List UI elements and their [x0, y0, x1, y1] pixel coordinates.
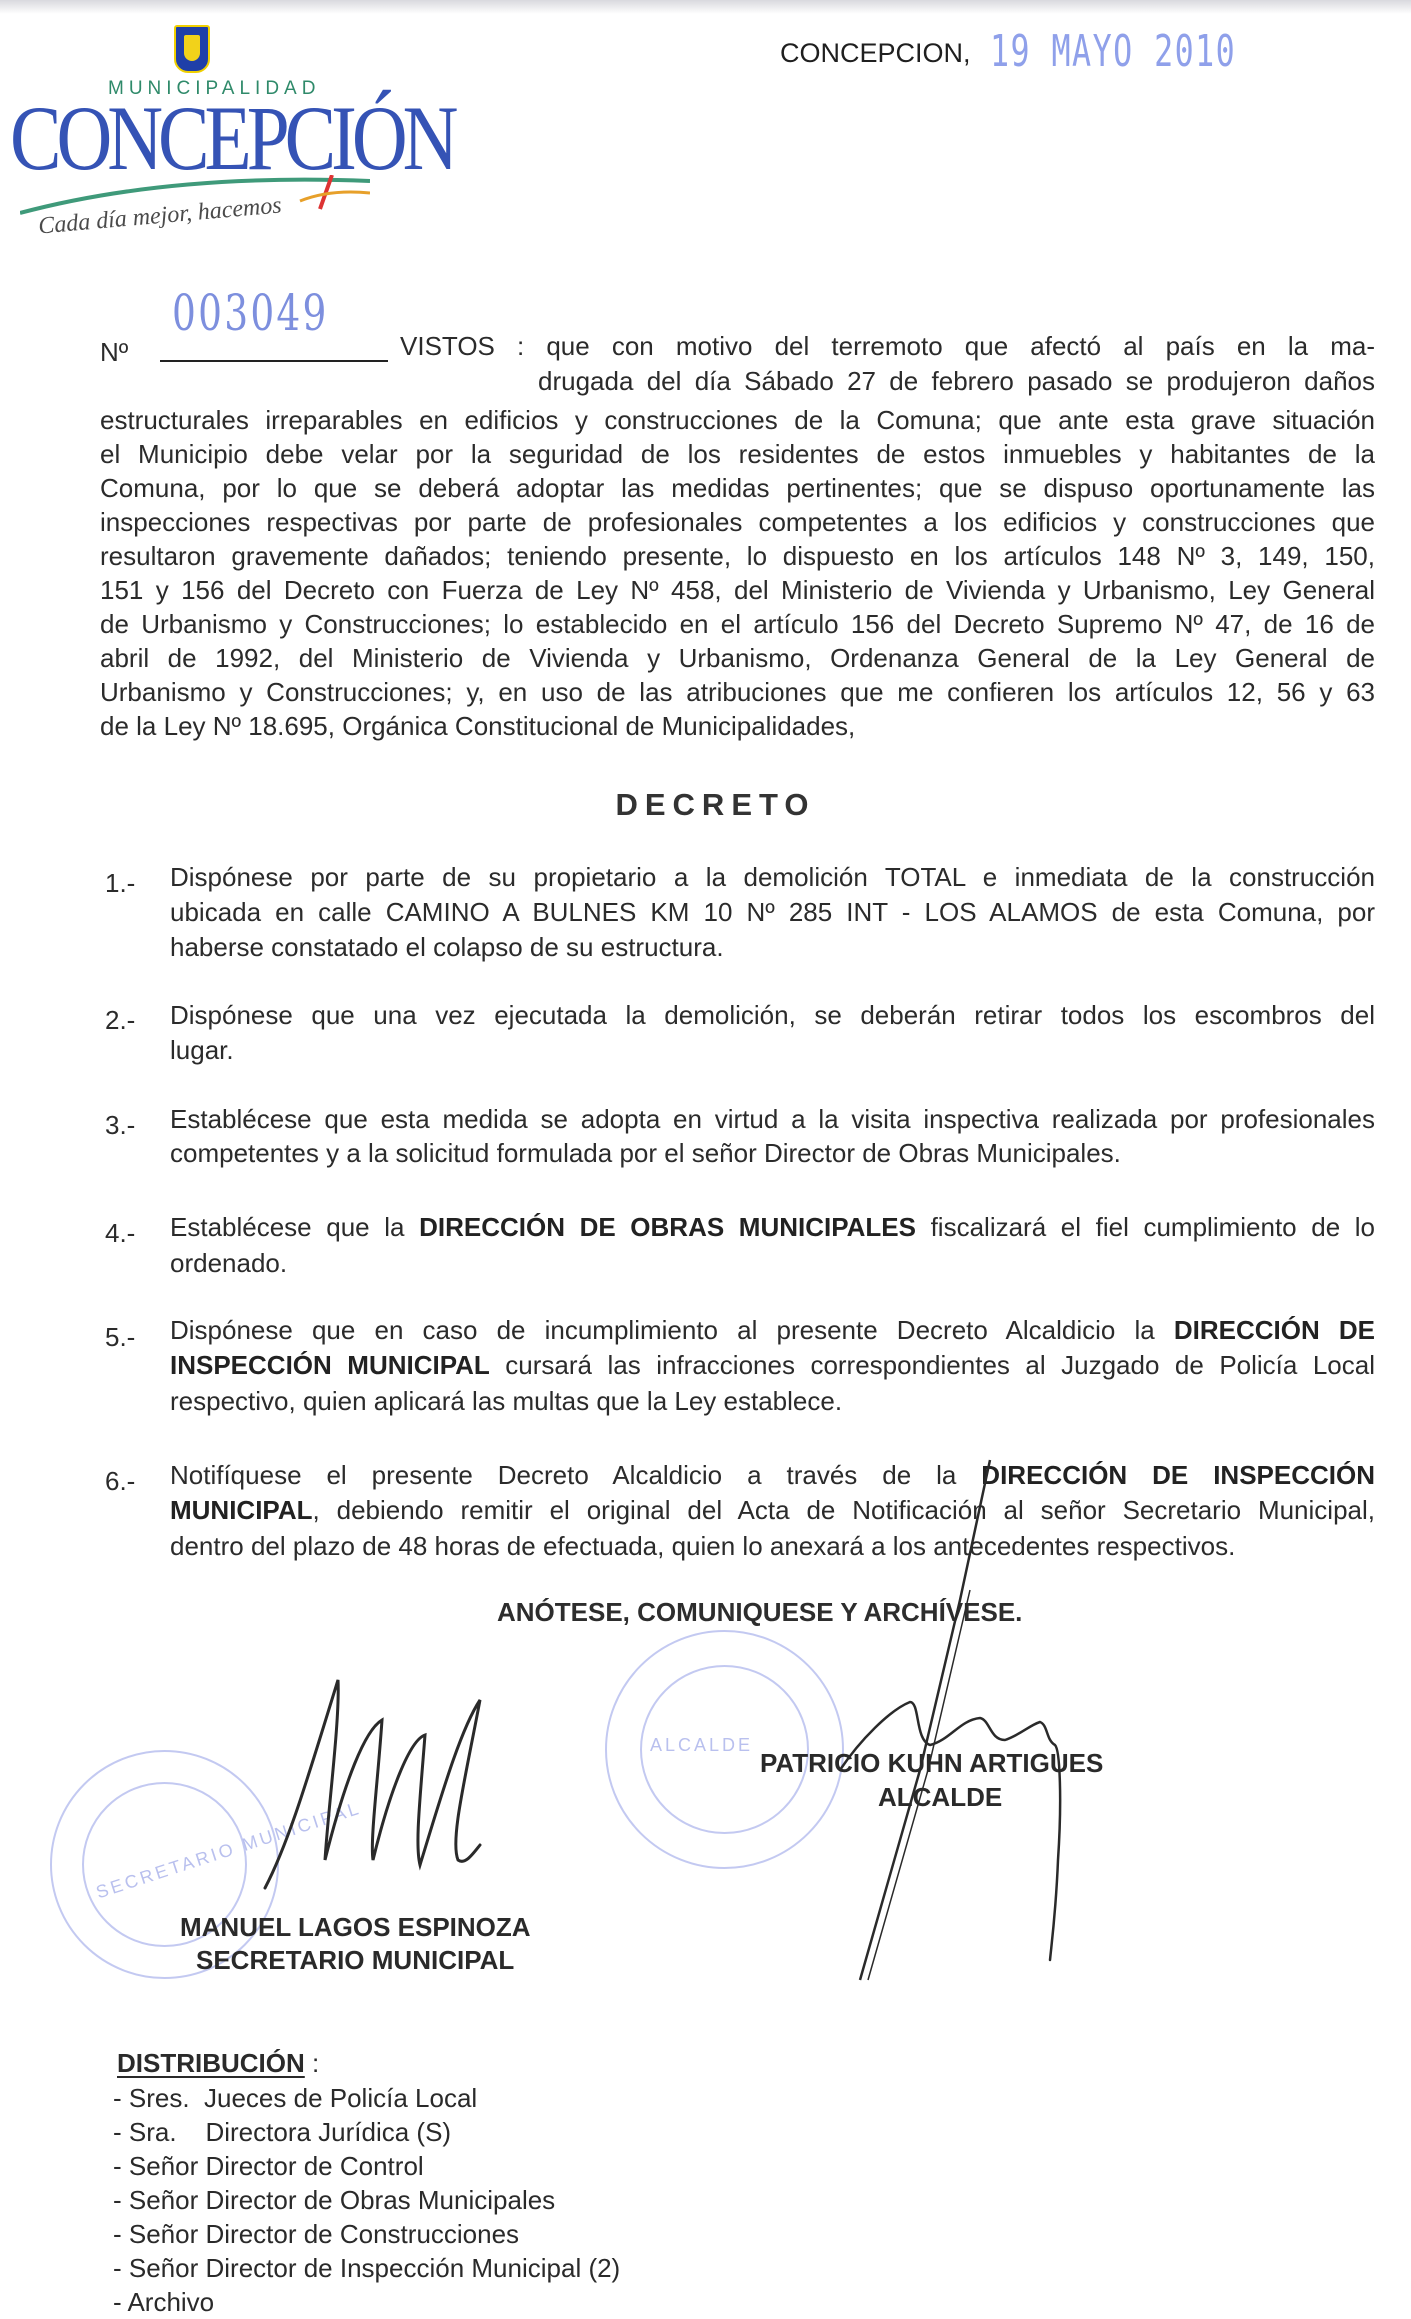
item-line: Dispónese que en caso de incumplimiento …	[170, 1315, 1375, 1346]
distribution-item: - Sra. Directora Jurídica (S)	[113, 2117, 451, 2148]
vistos-line: resultaron gravemente dañados; teniendo …	[100, 541, 1375, 572]
secretary-signature-icon	[250, 1660, 590, 1900]
decree-number-stamp: 003049	[172, 284, 329, 342]
secretary-name: MANUEL LAGOS ESPINOZA	[180, 1912, 531, 1943]
decree-title: DECRETO	[0, 787, 1411, 823]
item-number: 1.-	[105, 868, 135, 899]
vistos-line: Urbanismo y Construcciones; y, en uso de…	[100, 677, 1375, 708]
item-bold-text: MUNICIPAL	[170, 1495, 313, 1525]
item-number: 3.-	[105, 1110, 135, 1141]
item-line: ordenado.	[170, 1248, 287, 1279]
distribution-title: DISTRIBUCIÓN :	[117, 2048, 319, 2079]
item-line: haberse constatado el colapso de su estr…	[170, 932, 724, 963]
item-line: Establécese que la DIRECCIÓN DE OBRAS MU…	[170, 1212, 1375, 1243]
vistos-line: el Municipio debe velar por la seguridad…	[100, 439, 1375, 470]
item-text: Dispónese que en caso de incumplimiento …	[170, 1315, 1174, 1345]
item-line: Establécese que esta medida se adopta en…	[170, 1104, 1375, 1135]
place-label: CONCEPCION,	[780, 38, 971, 69]
item-line: Dispónese por parte de su propietario a …	[170, 862, 1375, 893]
item-number: 2.-	[105, 1005, 135, 1036]
number-label: Nº	[100, 337, 128, 368]
vistos-line: estructurales irreparables en edificios …	[100, 405, 1375, 436]
distribution-item: - Señor Director de Control	[113, 2151, 424, 2182]
distribution-item: - Señor Director de Construcciones	[113, 2219, 519, 2250]
vistos-line: drugada del día Sábado 27 de febrero pas…	[538, 366, 1375, 397]
item-bold-text: DIRECCIÓN DE	[1174, 1315, 1375, 1345]
scan-edge-shadow	[0, 0, 1411, 14]
item-line: lugar.	[170, 1035, 234, 1066]
item-line: INSPECCIÓN MUNICIPAL cursará las infracc…	[170, 1350, 1375, 1381]
distribution-heading: DISTRIBUCIÓN	[117, 2048, 305, 2078]
vistos-line: abril de 1992, del Ministerio de Viviend…	[100, 643, 1375, 674]
item-line: ubicada en calle CAMINO A BULNES KM 10 N…	[170, 897, 1375, 928]
item-bold-text: INSPECCIÓN MUNICIPAL	[170, 1350, 490, 1380]
vistos-line: de la Ley Nº 18.695, Orgánica Constituci…	[100, 711, 855, 742]
vistos-line: Comuna, por lo que se deberá adoptar las…	[100, 473, 1375, 504]
item-text: fiscalizará el fiel cumplimiento de lo	[916, 1212, 1375, 1242]
mayor-name: PATRICIO KUHN ARTIGUES	[760, 1748, 1103, 1779]
vistos-line: de Urbanismo y Construcciones; lo establ…	[100, 609, 1375, 640]
item-line: competentes y a la solicitud formulada p…	[170, 1138, 1121, 1169]
mayor-title: ALCALDE	[878, 1782, 1002, 1813]
distribution-item: - Archivo	[113, 2287, 214, 2318]
vistos-line: 151 y 156 del Decreto con Fuerza de Ley …	[100, 575, 1375, 606]
item-line: Dispónese que una vez ejecutada la demol…	[170, 1000, 1375, 1031]
distribution-colon: :	[305, 2048, 319, 2078]
item-number: 5.-	[105, 1322, 135, 1353]
vistos-line: inspecciones respectivas por parte de pr…	[100, 507, 1375, 538]
item-number: 6.-	[105, 1466, 135, 1497]
number-underline	[160, 360, 388, 362]
secretary-title: SECRETARIO MUNICIPAL	[196, 1945, 514, 1976]
municipality-logo: MUNICIPALIDAD CONCEPCIÓN Cada día mejor,…	[8, 25, 378, 225]
item-line: respectivo, quien aplicará las multas qu…	[170, 1386, 842, 1417]
distribution-item: - Señor Director de Obras Municipales	[113, 2185, 555, 2216]
date-stamp: 19 MAYO 2010	[990, 26, 1236, 77]
item-text: Establécese que la	[170, 1212, 419, 1242]
mayor-signature-icon	[690, 1440, 1150, 2020]
coat-of-arms-icon	[174, 25, 210, 73]
item-number: 4.-	[105, 1218, 135, 1249]
vistos-line: VISTOS : que con motivo del terremoto qu…	[400, 331, 1375, 362]
distribution-item: - Señor Director de Inspección Municipal…	[113, 2253, 620, 2284]
distribution-item: - Sres. Jueces de Policía Local	[113, 2083, 477, 2114]
item-bold-text: DIRECCIÓN DE OBRAS MUNICIPALES	[419, 1212, 916, 1242]
item-text: cursará las infracciones correspondiente…	[490, 1350, 1375, 1380]
